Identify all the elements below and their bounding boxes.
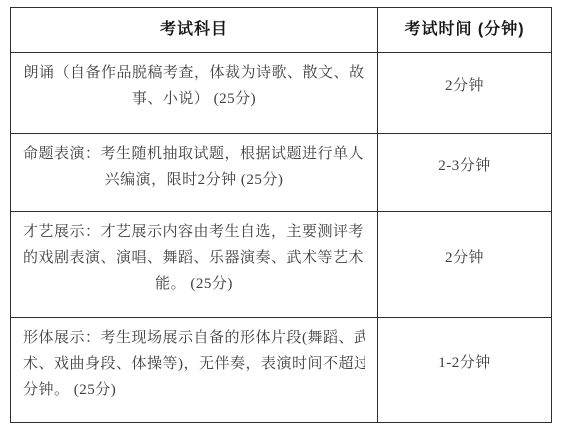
subject-line: 形体展示：考生现场展示自备的形体片段(舞蹈、武	[23, 325, 365, 351]
header-exam-subject: 考试科目	[11, 8, 378, 53]
subject-line: 才艺展示：才艺展示内容由考生自选，主要测评考生	[23, 219, 365, 245]
subject-line: 能。 (25分)	[23, 271, 365, 297]
subject-cell-recitation: 朗诵（自备作品脱稿考查，体裁为诗歌、散文、故 事、小说） (25分)	[11, 53, 378, 134]
table-row-improvisation: 命题表演：考生随机抽取试题，根据试题进行单人即 兴编演，限时2分钟 (25分) …	[11, 134, 552, 212]
table-header-row: 考试科目 考试时间 (分钟)	[11, 8, 552, 53]
table-row-physical-display: 形体展示：考生现场展示自备的形体片段(舞蹈、武 术、戏曲身段、体操等)，无伴奏，…	[11, 318, 552, 423]
time-cell-recitation: 2分钟	[378, 53, 552, 134]
subject-line: 的戏剧表演、演唱、舞蹈、乐器演奏、武术等艺术才	[23, 245, 365, 271]
time-cell-physical-display: 1-2分钟	[378, 318, 552, 423]
subject-cell-physical-display: 形体展示：考生现场展示自备的形体片段(舞蹈、武 术、戏曲身段、体操等)，无伴奏，…	[11, 318, 378, 423]
subject-line: 分钟。 (25分)	[23, 377, 365, 403]
table-row-recitation: 朗诵（自备作品脱稿考查，体裁为诗歌、散文、故 事、小说） (25分) 2分钟	[11, 53, 552, 134]
time-cell-talent-show: 2分钟	[378, 212, 552, 318]
table-row-talent-show: 才艺展示：才艺展示内容由考生自选，主要测评考生 的戏剧表演、演唱、舞蹈、乐器演奏…	[11, 212, 552, 318]
header-exam-time: 考试时间 (分钟)	[378, 8, 552, 53]
subject-line: 兴编演，限时2分钟 (25分)	[23, 167, 365, 193]
subject-line: 事、小说） (25分)	[23, 86, 365, 112]
subject-cell-talent-show: 才艺展示：才艺展示内容由考生自选，主要测评考生 的戏剧表演、演唱、舞蹈、乐器演奏…	[11, 212, 378, 318]
time-cell-improvisation: 2-3分钟	[378, 134, 552, 212]
subject-line: 命题表演：考生随机抽取试题，根据试题进行单人即	[23, 141, 365, 167]
exam-schedule-table: 考试科目 考试时间 (分钟) 朗诵（自备作品脱稿考查，体裁为诗歌、散文、故 事、…	[10, 7, 552, 423]
subject-line: 术、戏曲身段、体操等)，无伴奏，表演时间不超过2	[23, 351, 365, 377]
document-page: 考试科目 考试时间 (分钟) 朗诵（自备作品脱稿考查，体裁为诗歌、散文、故 事、…	[0, 0, 561, 430]
subject-cell-improvisation: 命题表演：考生随机抽取试题，根据试题进行单人即 兴编演，限时2分钟 (25分)	[11, 134, 378, 212]
subject-line: 朗诵（自备作品脱稿考查，体裁为诗歌、散文、故	[23, 60, 365, 86]
